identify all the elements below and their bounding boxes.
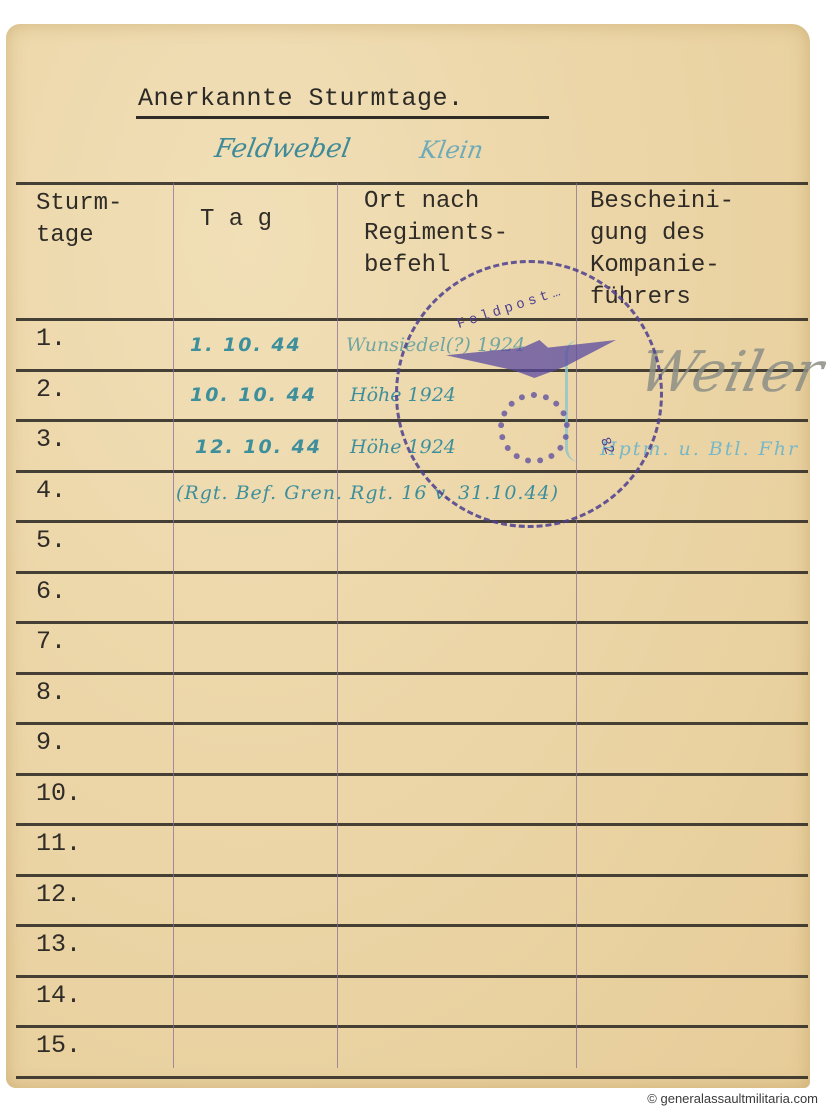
title-underline [136,116,549,119]
row-rule [16,621,808,624]
table-top-rule [16,182,808,185]
row-rule [16,571,808,574]
column-divider [173,183,174,1068]
row-number: 6. [36,577,66,606]
handwritten-rank: Feldwebel [212,134,352,164]
column-divider [337,183,338,1068]
row-rule [16,520,808,523]
row-number: 12. [36,880,81,909]
column-header-sturmtage: Sturm- tage [36,188,122,252]
handwritten-surname: Klein [418,136,486,164]
column-header-tag: T a g [200,204,272,236]
row-rule [16,975,808,978]
row-rule [16,470,808,473]
document-title: Anerkannte Sturmtage. [138,84,464,113]
row-number: 5. [36,526,66,555]
row-rule [16,722,808,725]
entry-date: 10. 10. 44 [190,384,317,406]
row-number: 14. [36,981,81,1010]
row-rule [16,874,808,877]
row-number: 11. [36,829,81,858]
wreath-stamp-icon [498,392,570,464]
row-number: 2. [36,375,66,404]
row-number: 15. [36,1031,81,1060]
row-rule [16,924,808,927]
row-number: 1. [36,324,66,353]
row-number: 9. [36,728,66,757]
header-rule [16,318,808,321]
row-rule [16,773,808,776]
row-number: 13. [36,930,81,959]
entry-date: 12. 10. 44 [195,436,322,458]
row-rule [16,672,808,675]
row-number: 10. [36,779,81,808]
row-rule [16,823,808,826]
row-number: 7. [36,627,66,656]
entry-date: 1. 10. 44 [190,334,302,356]
row-rule [16,1076,808,1079]
row-rule [16,1025,808,1028]
row-number: 8. [36,678,66,707]
row-number: 3. [36,425,66,454]
watermark: © generalassaultmilitaria.com [647,1091,818,1106]
row-number: 4. [36,476,66,505]
